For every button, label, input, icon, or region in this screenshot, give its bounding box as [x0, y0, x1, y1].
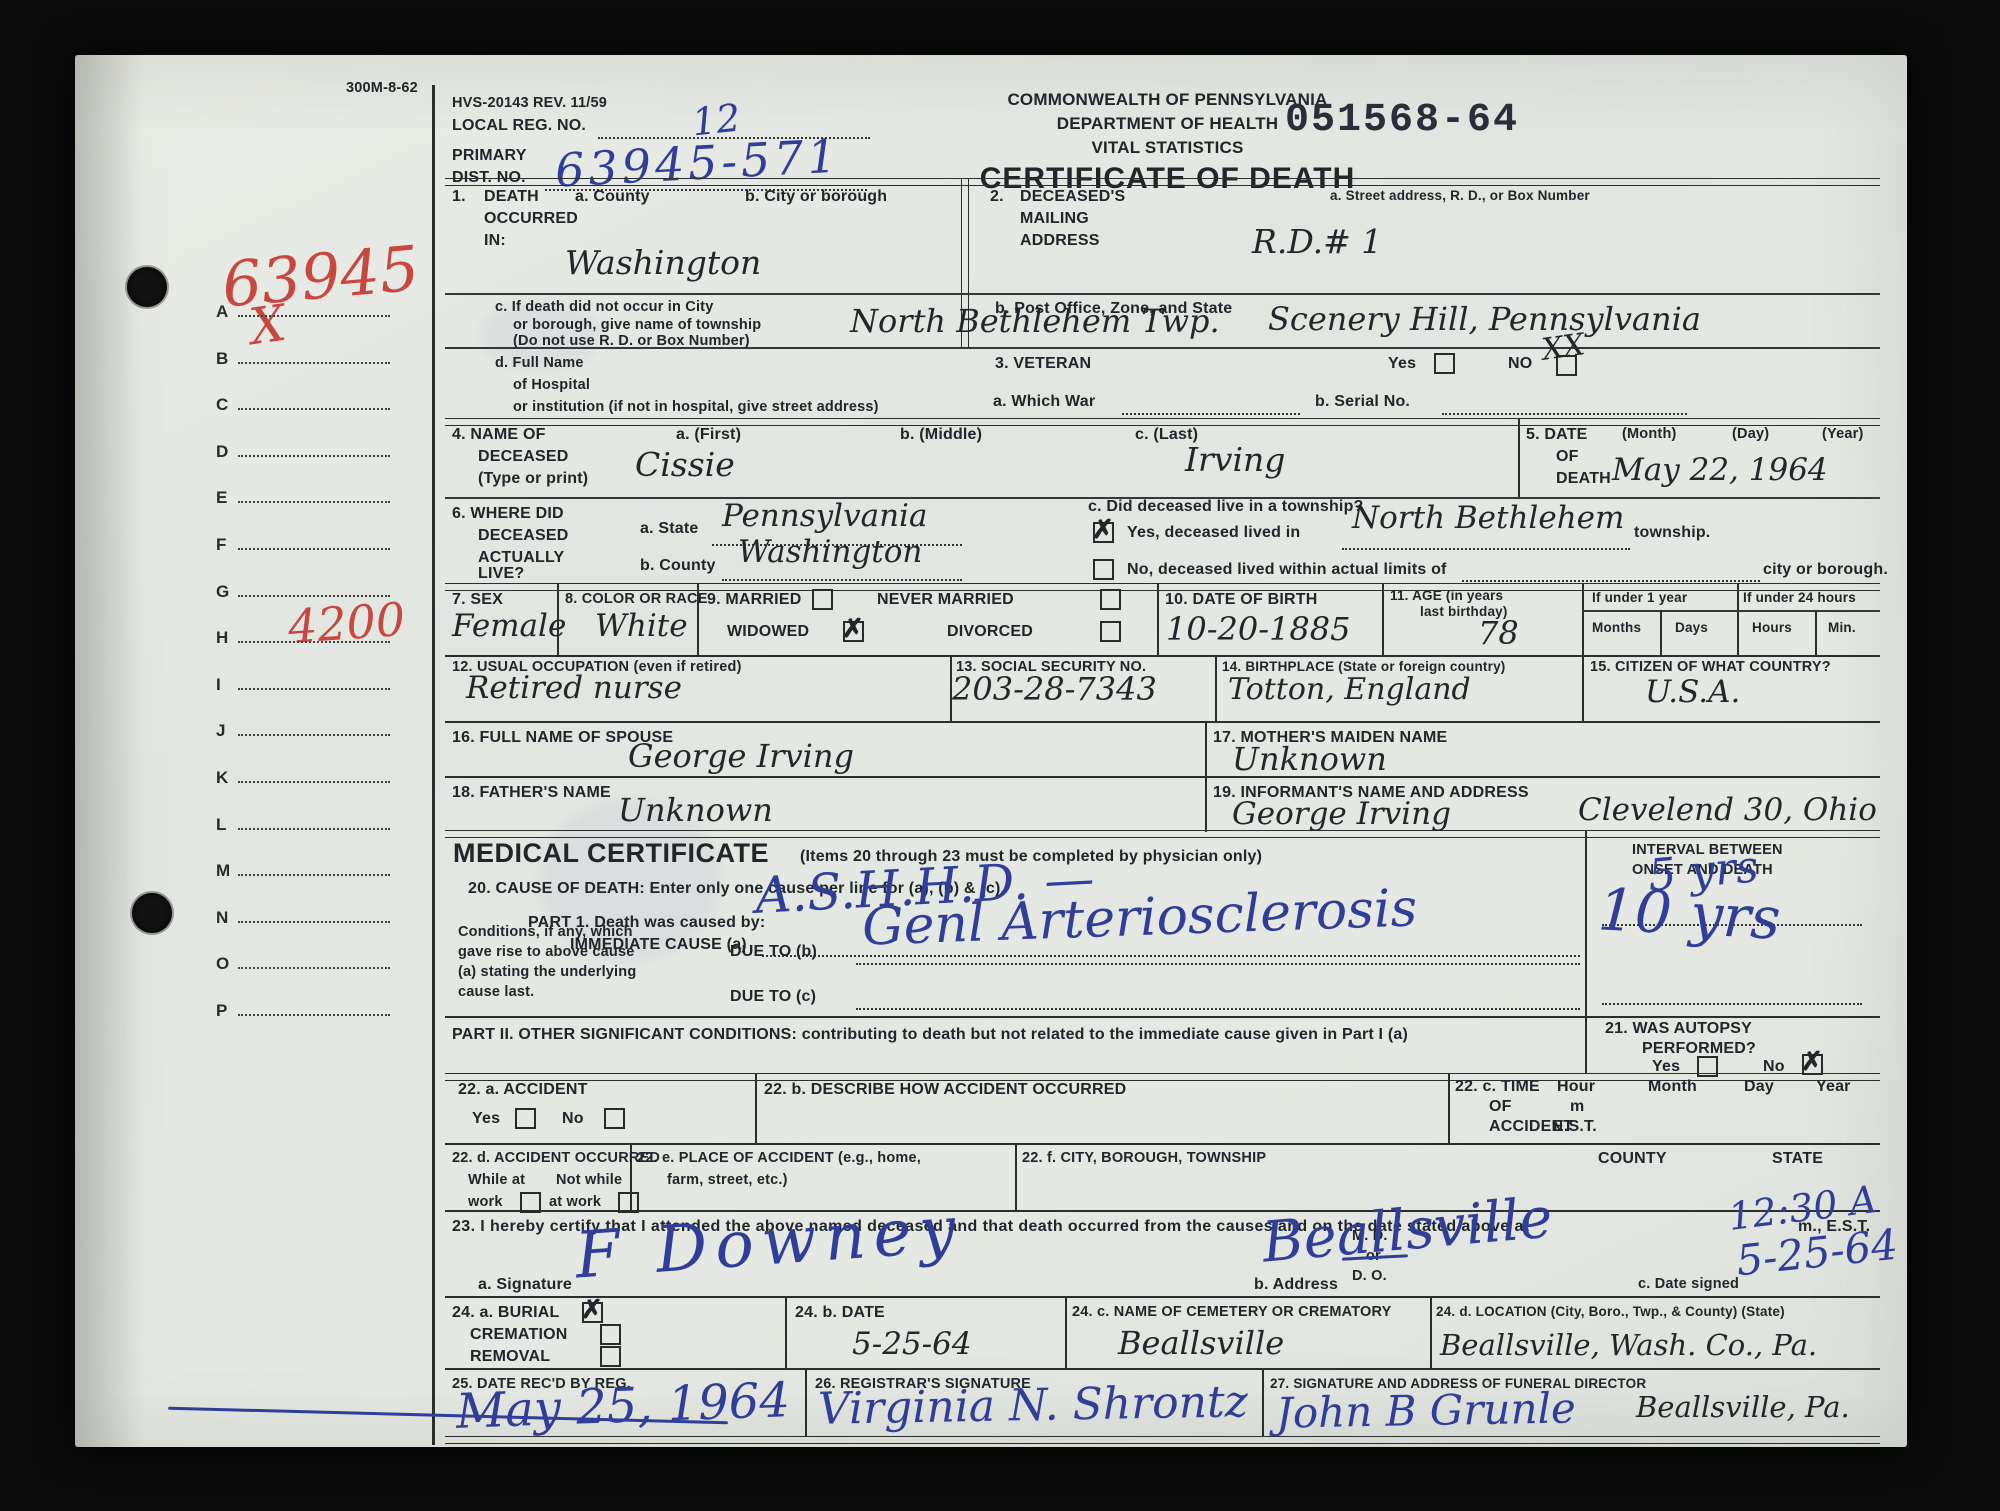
while-at-work-checkbox: [520, 1192, 541, 1213]
citizenship-value: U.S.A.: [1645, 674, 1740, 710]
divorced-checkbox: [1100, 621, 1121, 642]
item1-number: 1.: [452, 188, 466, 206]
county-of-death-value: Washington: [565, 243, 761, 282]
margin-index-row: H: [216, 628, 390, 675]
index-letter: M: [216, 861, 238, 881]
est-label: E.S.T.: [1553, 1118, 1597, 1136]
index-dotted-line: [238, 641, 390, 643]
rule: [445, 721, 1880, 723]
index-dotted-line: [238, 688, 390, 690]
do-label: D. O.: [1352, 1268, 1387, 1284]
rule: [445, 1296, 1880, 1298]
rule: [445, 1368, 1880, 1370]
veteran-yes-label: Yes: [1388, 355, 1416, 373]
index-letter: P: [216, 1001, 238, 1021]
last-name-value: Irving: [1185, 440, 1285, 479]
burial-date-value: 5-25-64: [852, 1326, 972, 1362]
item11-label: 11. AGE (in years: [1390, 588, 1503, 603]
county-value: Washington: [738, 534, 922, 570]
rule: [445, 1016, 1880, 1018]
item6-label: DECEASED: [478, 527, 569, 545]
item1d-label: or institution (if not in hospital, give…: [513, 399, 879, 415]
date-of-death-value: May 22, 1964: [1612, 452, 1828, 488]
index-letter: B: [216, 349, 238, 369]
item2a-label: a. Street address, R. D., or Box Number: [1330, 188, 1590, 203]
hours-label: Hours: [1752, 620, 1792, 635]
township-lived-value: North Bethlehem: [1352, 500, 1624, 536]
index-letter: F: [216, 535, 238, 555]
m-label: m: [1570, 1098, 1584, 1116]
lived-township-yes-label: Yes, deceased lived in: [1127, 524, 1300, 542]
death-certificate-scan: 300M-8-62 63945 X 4200 A B C D E F G H I…: [0, 0, 2000, 1511]
item2-label: DECEASED'S: [1020, 188, 1125, 206]
local-reg-label: LOCAL REG. NO.: [452, 117, 586, 135]
item24d-label: 24. d. LOCATION (City, Boro., Twp., & Co…: [1436, 1304, 1785, 1319]
item1-label: DEATH: [484, 188, 539, 206]
due-to-b-label: DUE TO (b): [730, 943, 817, 961]
removal-checkbox: [600, 1346, 621, 1367]
ssn-value: 203-28-7343: [952, 670, 1157, 708]
rule: [1205, 776, 1207, 832]
item3b-label: b. Serial No.: [1315, 393, 1410, 411]
stub-divider-line: [432, 85, 435, 1445]
x-mark: ✗: [1801, 1047, 1823, 1077]
rule: [1518, 418, 1520, 497]
medical-certificate-title: MEDICAL CERTIFICATE: [453, 838, 769, 869]
margin-index-row: P: [216, 1001, 390, 1048]
autopsy-no-checkbox-checked: ✗: [1802, 1054, 1823, 1075]
index-letter: J: [216, 721, 238, 741]
accident-no-checkbox: [604, 1108, 625, 1129]
rule: [755, 1073, 757, 1143]
margin-index-row: B: [216, 349, 390, 396]
index-dotted-line: [238, 548, 390, 550]
punch-hole: [127, 267, 167, 307]
rule: [1157, 583, 1159, 655]
registrar-signature-handwritten: Virginia N. Shrontz: [818, 1376, 1249, 1434]
primary-label: PRIMARY: [452, 147, 527, 165]
index-dotted-line: [238, 362, 390, 364]
rule: [445, 776, 1880, 778]
state-label: a. State: [640, 520, 699, 538]
lived-township-no-label: No, deceased lived within actual limits …: [1127, 561, 1447, 579]
item2-label: MAILING: [1020, 210, 1089, 228]
index-dotted-line: [238, 828, 390, 830]
item1a-label: a. County: [575, 188, 650, 206]
margin-index-row: K: [216, 768, 390, 815]
item22a-label: 22. a. ACCIDENT: [458, 1081, 588, 1099]
rule: [1262, 1368, 1264, 1436]
index-letter: E: [216, 488, 238, 508]
rule: [445, 830, 1880, 838]
rule: [445, 655, 1880, 657]
due-to-c-label: DUE TO (c): [730, 988, 816, 1006]
item1b-label: b. City or borough: [745, 188, 887, 206]
item10-label: 10. DATE OF BIRTH: [1165, 591, 1317, 609]
item6-label: LIVE?: [478, 565, 524, 583]
veteran-no-xx-mark: XX: [1540, 327, 1587, 368]
accident-yes-checkbox: [515, 1108, 536, 1129]
item8-label: 8. COLOR OR RACE: [565, 591, 708, 607]
burial-label: 24. a. BURIAL: [452, 1304, 560, 1322]
item22c-label: 22. c. TIME: [1455, 1078, 1540, 1096]
margin-index-row: A: [216, 302, 390, 349]
under-24-hours-label: If under 24 hours: [1743, 590, 1856, 605]
first-name-value: Cissie: [635, 445, 735, 484]
burial-checkbox-checked: ✗: [582, 1302, 603, 1323]
item2b-label: b. Post Office, Zone, and State: [995, 300, 1232, 318]
rule: [1737, 583, 1739, 655]
item1d-label: of Hospital: [513, 377, 590, 393]
rule: [1815, 610, 1817, 655]
date-of-birth-value: 10-20-1885: [1166, 610, 1351, 648]
sex-value: Female: [452, 608, 566, 644]
age-value: 78: [1478, 614, 1519, 652]
first-name-label: a. (First): [676, 426, 741, 444]
item5-label: OF: [1556, 448, 1579, 466]
day-label: (Day): [1732, 426, 1769, 442]
while-at-work-label: While at: [468, 1172, 525, 1188]
funeral-director-signature-handwritten: John B Grunle: [1276, 1383, 1577, 1437]
accident-yes-label: Yes: [472, 1110, 500, 1128]
married-checkbox: [812, 589, 833, 610]
county-dotted-line: [722, 577, 962, 581]
item2-number: 2.: [990, 188, 1004, 206]
margin-index-row: M: [216, 861, 390, 908]
item1c-label: or borough, give name of township: [513, 317, 761, 333]
middle-name-label: b. (Middle): [900, 426, 982, 444]
item1c-label: (Do not use R. D. or Box Number): [513, 333, 750, 349]
item1c-label: c. If death did not occur in City: [495, 299, 713, 315]
township-suffix-label: township.: [1634, 524, 1710, 542]
rule: [445, 178, 1880, 186]
rule: [445, 1143, 1880, 1145]
index-letter: G: [216, 582, 238, 602]
birthplace-value: Totton, England: [1228, 672, 1471, 707]
margin-index-row: O: [216, 954, 390, 1001]
part2-label: PART II. OTHER SIGNIFICANT CONDITIONS: c…: [452, 1026, 1408, 1044]
cemetery-location-value: Beallsville, Wash. Co., Pa.: [1440, 1328, 1817, 1362]
file-number-stamp: 051568-64: [1285, 98, 1519, 143]
item1-label: OCCURRED: [484, 210, 578, 228]
index-dotted-line: [238, 315, 390, 317]
date-signed-label: c. Date signed: [1638, 1276, 1739, 1292]
never-married-checkbox: [1100, 589, 1121, 610]
rule: [1582, 583, 1584, 655]
cremation-label: CREMATION: [470, 1326, 568, 1344]
rule: [445, 418, 1880, 426]
item7-label: 7. SEX: [452, 591, 503, 609]
signature-label: a. Signature: [478, 1276, 572, 1294]
index-dotted-line: [238, 501, 390, 503]
rule: [1660, 610, 1662, 655]
item3-label: 3. VETERAN: [995, 355, 1091, 373]
rule: [1065, 1296, 1067, 1368]
rule: [445, 293, 1880, 295]
state-header-label: STATE: [1772, 1150, 1823, 1168]
punch-hole: [132, 893, 172, 933]
index-dotted-line: [238, 1014, 390, 1016]
street-address-value: R.D.# 1: [1252, 222, 1382, 261]
index-letter: K: [216, 768, 238, 788]
autopsy-no-label: No: [1763, 1058, 1785, 1076]
township-dotted-line: [1342, 546, 1630, 550]
index-letter: I: [216, 675, 238, 695]
autopsy-yes-checkbox: [1697, 1056, 1718, 1077]
margin-index-row: F: [216, 535, 390, 582]
item1d-label: d. Full Name: [495, 355, 584, 371]
rule: [445, 1210, 1880, 1212]
county-label: b. County: [640, 557, 716, 575]
item4-label: 4. NAME OF: [452, 426, 546, 444]
form-code: HVS-20143 REV. 11/59: [452, 95, 607, 111]
lived-township-no-checkbox: [1093, 559, 1114, 580]
index-dotted-line: [238, 921, 390, 923]
margin-index-row: J: [216, 721, 390, 768]
never-married-label: NEVER MARRIED: [877, 591, 1014, 609]
married-label: 9. MARRIED: [707, 591, 801, 609]
item3a-label: a. Which War: [993, 393, 1095, 411]
city-limits-dotted-line: [1462, 578, 1760, 582]
month-label: Month: [1648, 1078, 1697, 1096]
not-while-at-work-label: Not while: [556, 1172, 622, 1188]
widowed-checkbox-checked: ✗: [843, 621, 864, 642]
margin-index-row: E: [216, 488, 390, 535]
rule: [785, 1296, 787, 1368]
item4-label: (Type or print): [478, 470, 588, 488]
rule: [1382, 583, 1384, 655]
index-dotted-line: [238, 455, 390, 457]
rule: [1448, 1073, 1450, 1143]
item22b-label: 22. b. DESCRIBE HOW ACCIDENT OCCURRED: [764, 1081, 1126, 1099]
conditions-label: cause last.: [458, 984, 534, 1000]
occupation-value: Retired nurse: [466, 670, 682, 706]
rule: [805, 1368, 807, 1436]
under-1-year-label: If under 1 year: [1592, 590, 1687, 605]
year-label: (Year): [1822, 426, 1864, 442]
margin-index-row: C: [216, 395, 390, 442]
conditions-label: (a) stating the underlying: [458, 964, 636, 980]
item6c-label: c. Did deceased live in a township?: [1088, 498, 1364, 516]
item6-label: 6. WHERE DID: [452, 505, 564, 523]
item4-label: DECEASED: [478, 448, 569, 466]
x-mark: ✗: [842, 614, 864, 644]
not-while-at-work-checkbox: [618, 1192, 639, 1213]
index-letter: D: [216, 442, 238, 462]
state-value: Pennsylvania: [722, 498, 927, 534]
index-letter: O: [216, 954, 238, 974]
widowed-label: WIDOWED: [727, 623, 809, 641]
margin-index-list: A B C D E F G H I J K L M N O P: [216, 302, 390, 1048]
cause-b-dotted-line: [856, 961, 1580, 965]
date-received-handwritten: May 25, 1964: [455, 1372, 791, 1440]
index-dotted-line: [238, 595, 390, 597]
rule: [1205, 721, 1207, 776]
index-dotted-line: [238, 781, 390, 783]
hour-label: Hour: [1557, 1078, 1595, 1096]
cremation-checkbox: [600, 1324, 621, 1345]
item22f-label: 22. f. CITY, BOROUGH, TOWNSHIP: [1022, 1150, 1266, 1166]
margin-index-row: L: [216, 815, 390, 862]
item18-label: 18. FATHER'S NAME: [452, 784, 611, 802]
months-label: Months: [1592, 620, 1641, 635]
county-header-label: COUNTY: [1598, 1150, 1667, 1168]
index-dotted-line: [238, 967, 390, 969]
veteran-yes-checkbox: [1434, 353, 1455, 374]
veteran-no-label: NO: [1508, 355, 1532, 373]
rule: [1582, 655, 1584, 721]
month-label: (Month): [1622, 426, 1677, 442]
rule: [1215, 655, 1217, 721]
cemetery-name-value: Beallsville: [1118, 1324, 1284, 1362]
rule: [445, 1436, 1880, 1444]
item22e-label: 22. e. PLACE OF ACCIDENT (e.g., home,: [637, 1150, 921, 1166]
print-code: 300M-8-62: [346, 80, 418, 96]
margin-index-row: D: [216, 442, 390, 489]
address-label: b. Address: [1254, 1276, 1338, 1294]
day-label: Day: [1744, 1078, 1774, 1096]
lived-township-yes-checkbox-checked: ✗: [1093, 522, 1114, 543]
item21-label: 21. WAS AUTOPSY: [1605, 1020, 1752, 1038]
margin-index-row: I: [216, 675, 390, 722]
item1-label: IN:: [484, 232, 506, 250]
item24b-label: 24. b. DATE: [795, 1304, 885, 1322]
item5-label: DEATH: [1556, 470, 1611, 488]
interval-c-dotted-line: [1602, 1001, 1862, 1005]
informant-name-value: George Irving: [1232, 796, 1451, 832]
index-dotted-line: [238, 408, 390, 410]
item24c-label: 24. c. NAME OF CEMETERY OR CREMATORY: [1072, 1304, 1392, 1320]
index-dotted-line: [238, 874, 390, 876]
rule: [1430, 1296, 1432, 1368]
index-dotted-line: [238, 734, 390, 736]
cause-c-dotted-line: [856, 1006, 1580, 1010]
city-or-borough-label: city or borough.: [1763, 561, 1888, 579]
conditions-label: gave rise to above cause: [458, 944, 634, 960]
interval-b-handwritten: 10 yrs: [1596, 875, 1782, 952]
index-letter: L: [216, 815, 238, 835]
mother-maiden-name-value: Unknown: [1232, 740, 1387, 778]
rule: [1582, 610, 1880, 612]
while-at-work-label: work: [468, 1194, 503, 1210]
conditions-label: Conditions, if any, which: [458, 924, 633, 940]
item15-label: 15. CITIZEN OF WHAT COUNTRY?: [1590, 659, 1831, 675]
x-mark: ✗: [581, 1295, 603, 1325]
index-letter: A: [216, 302, 238, 322]
race-value: White: [595, 608, 688, 644]
item5-label: 5. DATE: [1526, 426, 1588, 444]
item22d-label: 22. d. ACCIDENT OCCURRED: [452, 1150, 660, 1166]
post-office-value: Scenery Hill, Pennsylvania: [1268, 300, 1701, 338]
rule: [1015, 1143, 1017, 1210]
item2-label: ADDRESS: [1020, 232, 1100, 250]
divorced-label: DIVORCED: [947, 623, 1033, 641]
item22e-label: farm, street, etc.): [667, 1172, 788, 1188]
funeral-director-address-value: Beallsville, Pa.: [1636, 1390, 1850, 1424]
margin-index-row: N: [216, 908, 390, 955]
margin-index-row: G: [216, 582, 390, 629]
which-war-dotted-line: [1122, 411, 1300, 415]
not-while-at-work-label: at work: [549, 1194, 601, 1210]
year-label: Year: [1816, 1078, 1851, 1096]
item22c-label: OF: [1489, 1098, 1512, 1116]
removal-label: REMOVAL: [470, 1348, 550, 1366]
min-label: Min.: [1828, 620, 1856, 635]
accident-no-label: No: [562, 1110, 584, 1128]
index-letter: C: [216, 395, 238, 415]
rule: [1585, 830, 1587, 1073]
autopsy-yes-label: Yes: [1652, 1058, 1680, 1076]
index-letter: N: [216, 908, 238, 928]
days-label: Days: [1675, 620, 1708, 635]
index-letter: H: [216, 628, 238, 648]
serial-no-dotted-line: [1442, 411, 1687, 415]
x-mark: ✗: [1092, 515, 1114, 545]
informant-address-value: Clevelend 30, Ohio: [1578, 792, 1877, 828]
spouse-name-value: George Irving: [628, 737, 854, 775]
father-name-value: Unknown: [618, 791, 773, 829]
